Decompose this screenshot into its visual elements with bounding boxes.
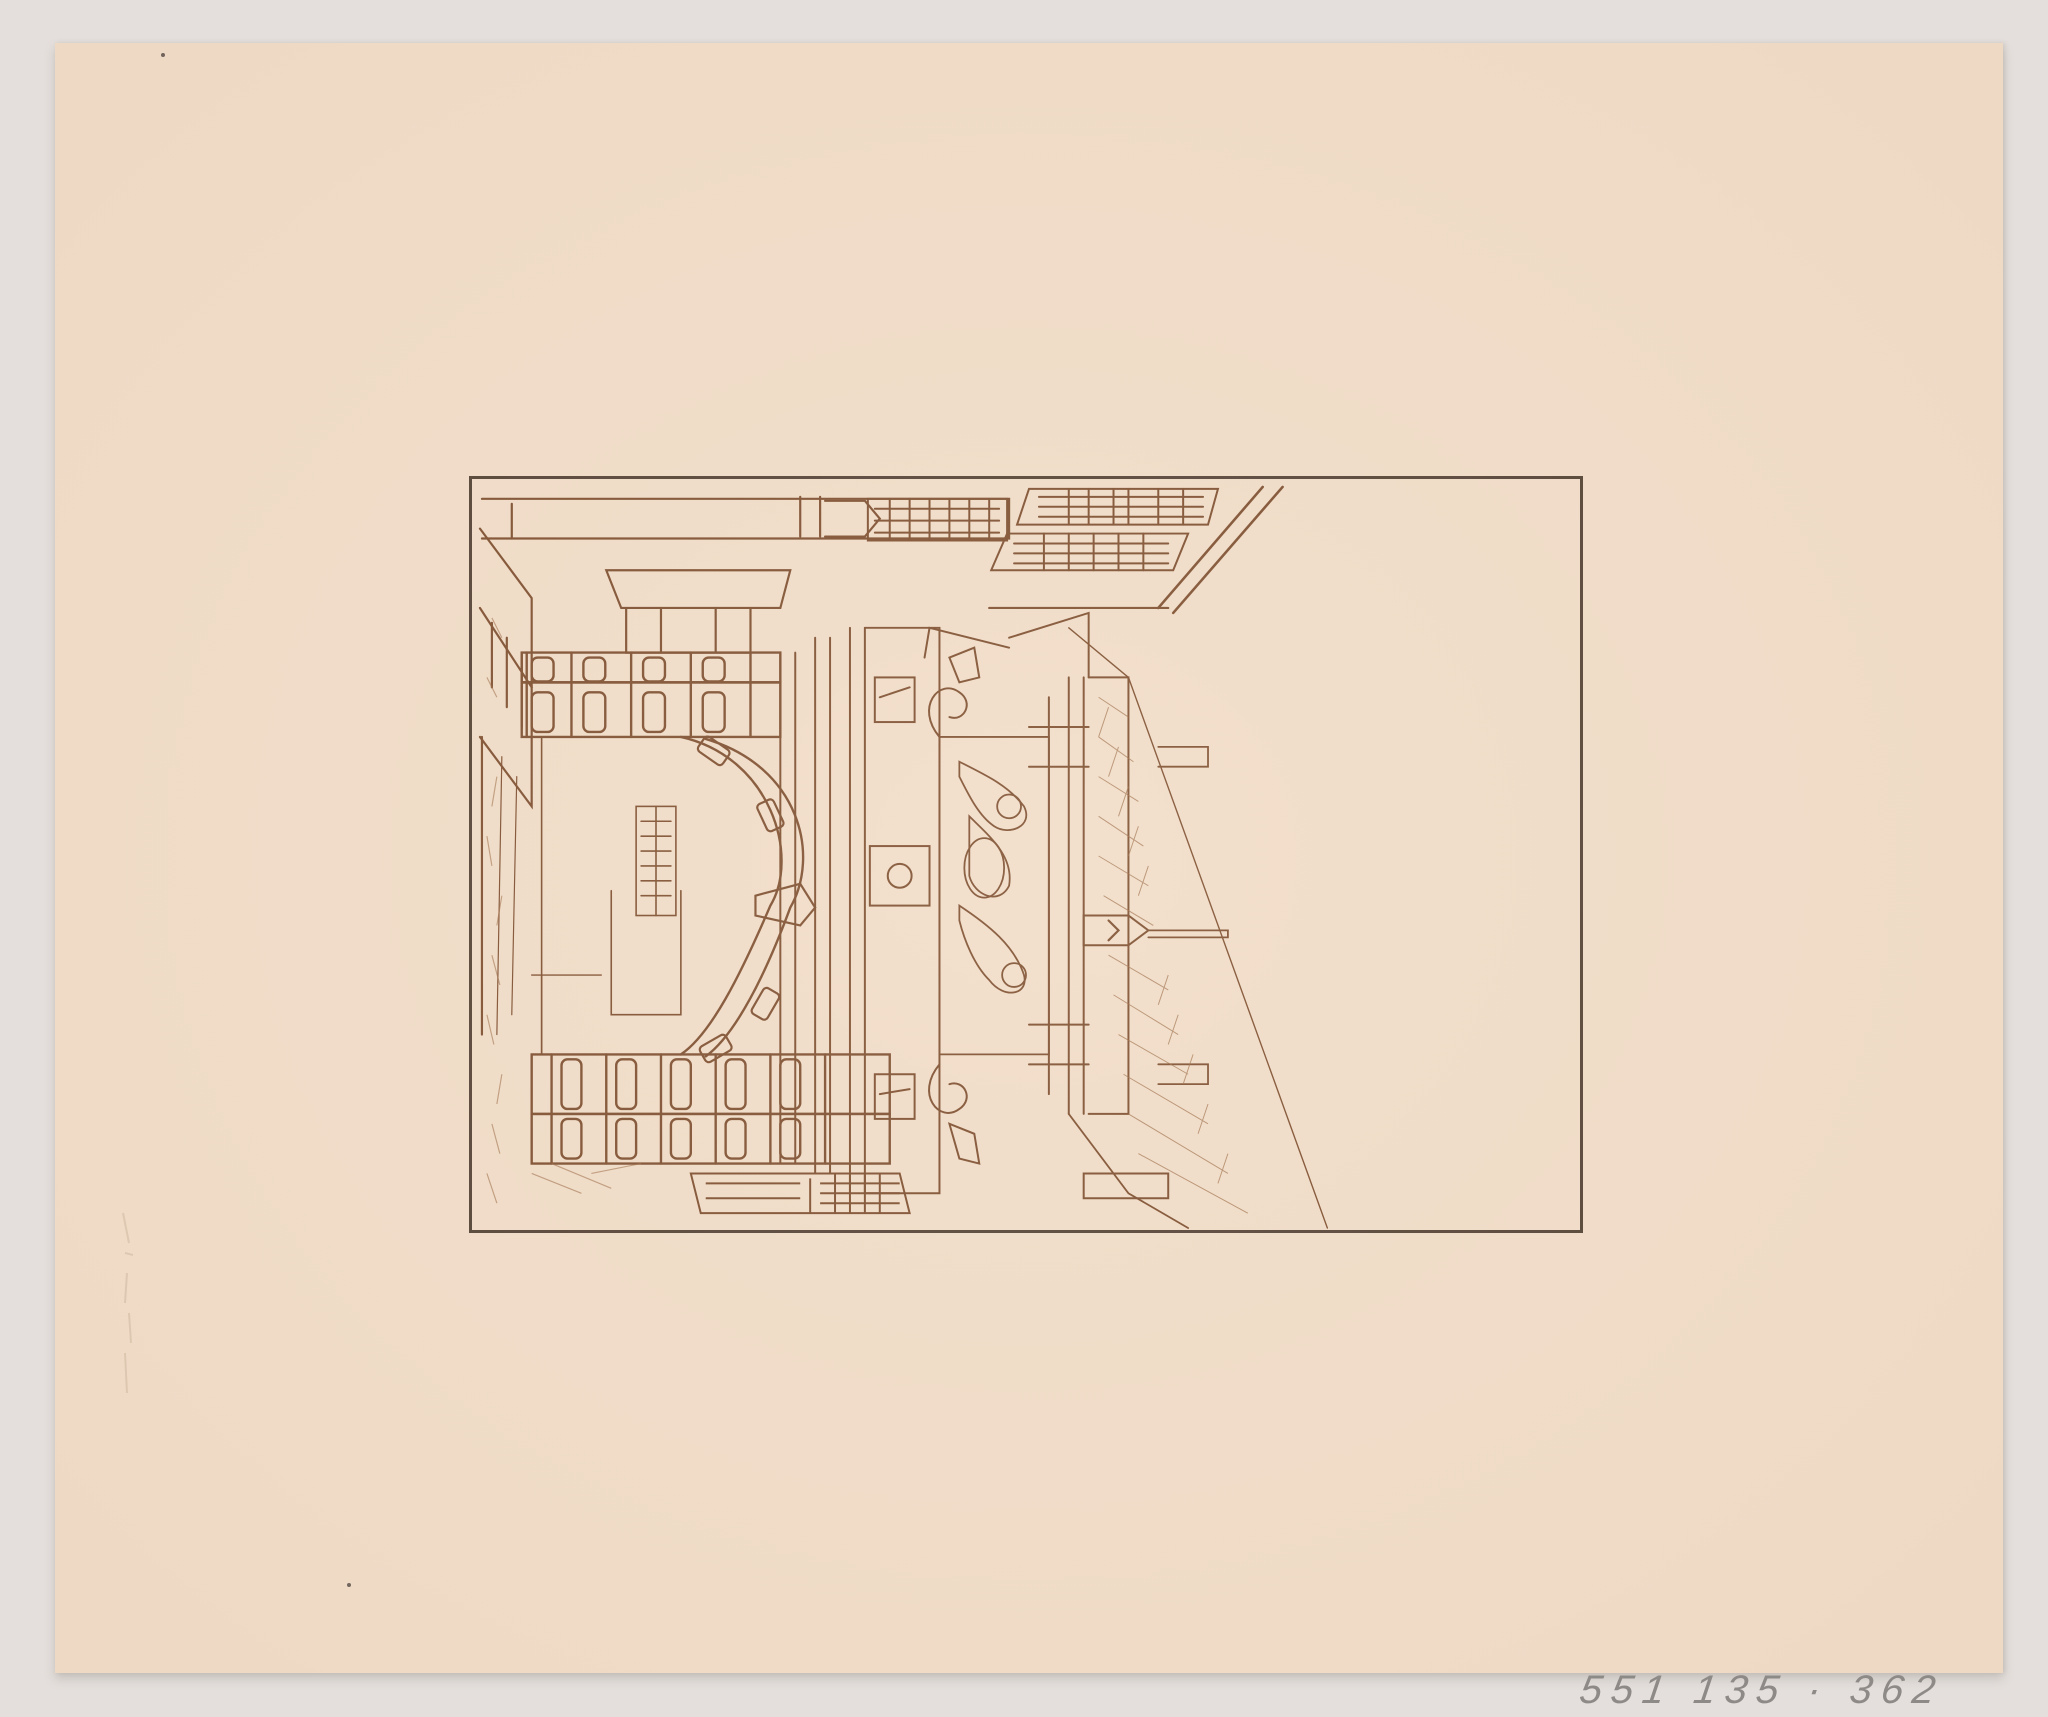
drawing-frame <box>469 476 1583 1233</box>
catalog-number: 551 135 · 362 <box>1577 1668 1947 1713</box>
faint-pencil-inscription <box>115 1203 145 1403</box>
gateway-drawing <box>472 479 1580 1230</box>
paper-sheet <box>55 43 2003 1673</box>
paper-speck <box>161 53 165 57</box>
paper-speck <box>347 1583 351 1587</box>
